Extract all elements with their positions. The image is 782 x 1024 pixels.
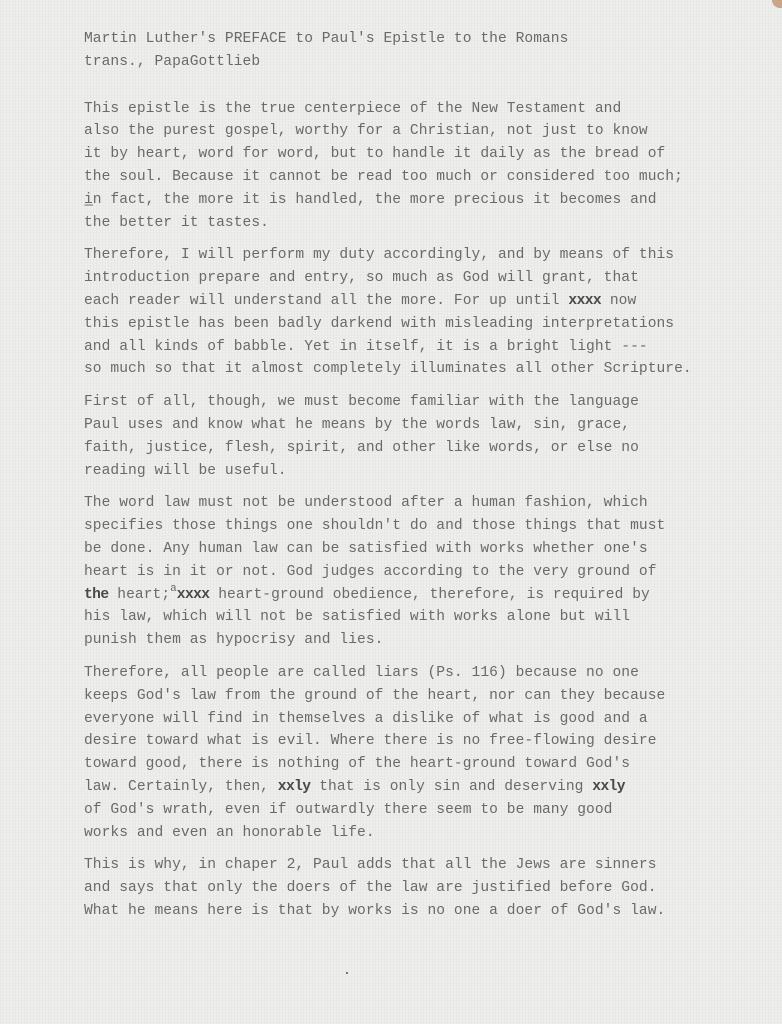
document-title: Martin Luther's PREFACE to Paul's Epistl… [84,28,774,51]
text-line: This is why, in chaper 2, Paul adds that… [84,854,774,877]
text-line: of God's wrath, even if outwardly there … [84,799,774,822]
text-segment: now [601,293,636,309]
paragraph: The word law must not be understood afte… [84,492,774,652]
text-segment: law. Certainly, then, [84,779,278,795]
paragraph: This is why, in chaper 2, Paul adds that… [84,854,774,922]
text-line: this epistle has been badly darkend with… [84,313,774,336]
typewritten-page: Martin Luther's PREFACE to Paul's Epistl… [84,28,774,933]
paragraph: First of all, though, we must become fam… [84,391,774,482]
text-line: desire toward what is evil. Where there … [84,730,774,753]
text-line: the soul. Because it cannot be read too … [84,166,774,189]
text-line: faith, justice, flesh, spirit, and other… [84,437,774,460]
text-line: What he means here is that by works is n… [84,900,774,923]
text-line: works and even an honorable life. [84,822,774,845]
text-line: Therefore, I will perform my duty accord… [84,244,774,267]
text-line: law. Certainly, then, xxly that is only … [84,776,774,799]
text-line: First of all, though, we must become fam… [84,391,774,414]
text-line: keeps God's law from the ground of the h… [84,685,774,708]
text-line: Therefore, all people are called liars (… [84,662,774,685]
document-body: This epistle is the true centerpiece of … [84,98,774,923]
text-line: This epistle is the true centerpiece of … [84,98,774,121]
paper-stain [772,0,782,8]
text-line: i̲n fact, the more it is handled, the mo… [84,189,774,212]
strikeover-text: xxly [278,779,311,795]
paragraph: Therefore, I will perform my duty accord… [84,244,774,381]
text-line: it by heart, word for word, but to handl… [84,143,774,166]
text-line: specifies those things one shouldn't do … [84,515,774,538]
document-header: Martin Luther's PREFACE to Paul's Epistl… [84,28,774,74]
strikeover-text: xxly [592,779,625,795]
strikeover-text: the [84,587,108,603]
text-segment: heart-ground obedience, therefore, is re… [209,587,649,603]
text-line: each reader will understand all the more… [84,290,774,313]
superscript-correction: a [170,583,177,595]
text-segment: each reader will understand all the more… [84,293,568,309]
paper-speck [346,972,348,974]
translator-credit: trans., PapaGottlieb [84,51,774,74]
text-line: punish them as hypocrisy and lies. [84,629,774,652]
strikeover-text: xxxx [568,293,601,309]
text-line: his law, which will not be satisfied wit… [84,606,774,629]
text-line: Paul uses and know what he means by the … [84,414,774,437]
paragraph: Therefore, all people are called liars (… [84,662,774,844]
text-segment: that is only sin and deserving [310,779,592,795]
text-line: heart is in it or not. God judges accord… [84,561,774,584]
text-line: the heart;axxxx heart-ground obedience, … [84,584,774,607]
text-line: introduction prepare and entry, so much … [84,267,774,290]
text-line: and all kinds of babble. Yet in itself, … [84,336,774,359]
text-line: The word law must not be understood afte… [84,492,774,515]
text-line: and says that only the doers of the law … [84,877,774,900]
text-line: so much so that it almost completely ill… [84,358,774,381]
text-line: be done. Any human law can be satisfied … [84,538,774,561]
strikeover-text: xxxx [177,587,210,603]
text-segment: heart; [108,587,170,603]
text-line: also the purest gospel, worthy for a Chr… [84,120,774,143]
text-line: everyone will find in themselves a disli… [84,708,774,731]
text-line: reading will be useful. [84,460,774,483]
paragraph: This epistle is the true centerpiece of … [84,98,774,235]
text-line: the better it tastes. [84,212,774,235]
text-line: toward good, there is nothing of the hea… [84,753,774,776]
